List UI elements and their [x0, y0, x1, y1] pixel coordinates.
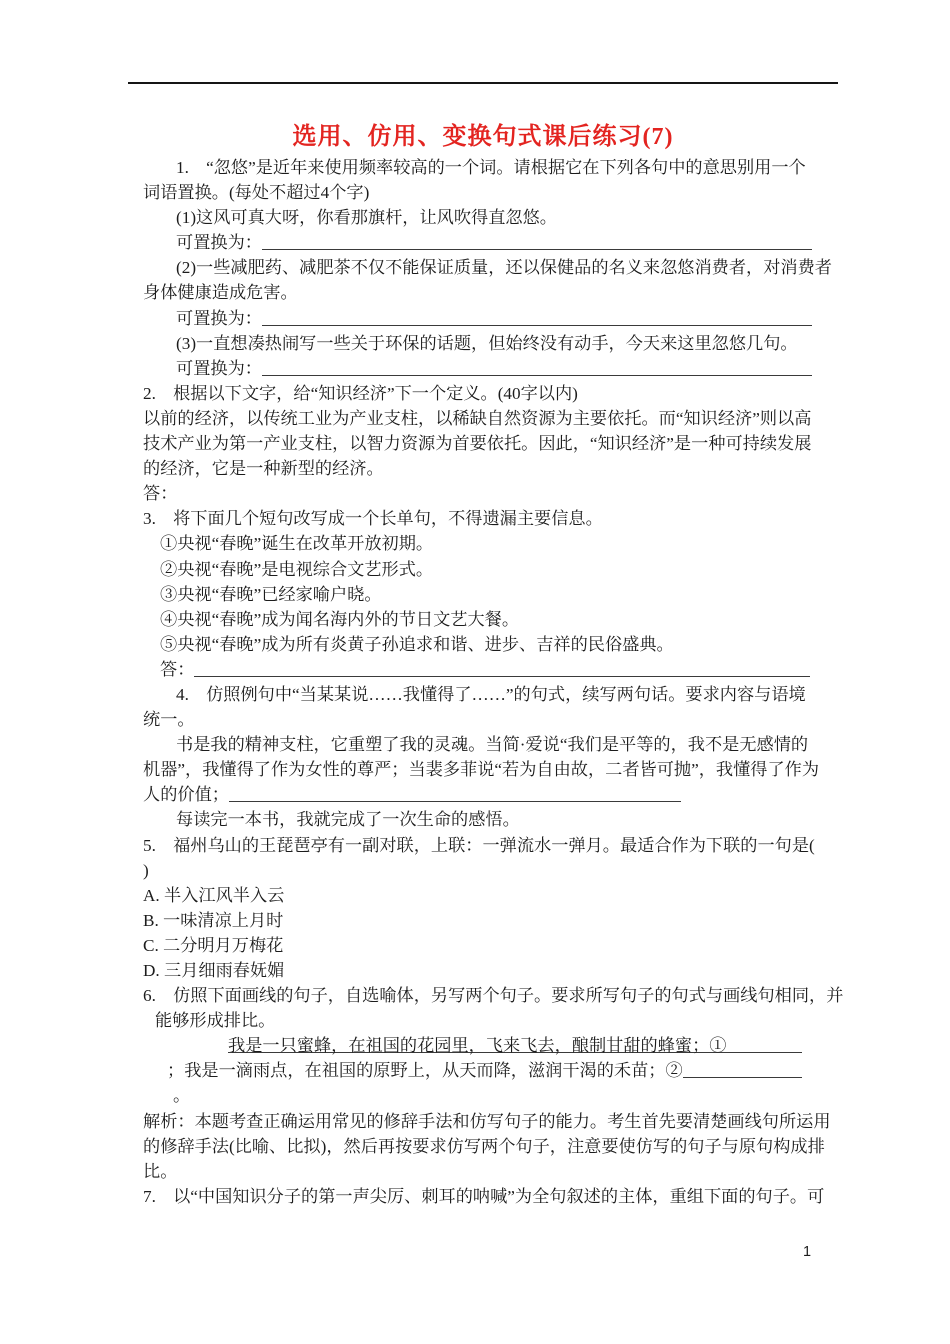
q4-fill-lead: 人的价值；: [143, 782, 229, 807]
q5-option-d: D. 三月细雨春妩媚: [143, 958, 840, 983]
answer-blank: [726, 1052, 802, 1053]
answer-blank: [262, 325, 812, 326]
q4-fill-line: 人的价值；: [143, 782, 840, 807]
q6-closing-period: 。: [143, 1083, 840, 1108]
q1-fill-line-2: 可置换为：: [143, 306, 812, 331]
q5-stem-line-1: 5. 福州乌山的王琵琶亭有一副对联，上联：一弹流水一弹月。最适合作为下联的一句是…: [143, 833, 840, 858]
q2-answer-label: 答：: [143, 481, 840, 506]
answer-blank: [683, 1077, 802, 1078]
q4-stem-line-1: 4. 仿照例句中“当某某说……我懂得了……”的句式，续写两句话。要求内容与语境: [143, 682, 840, 707]
answer-blank: [262, 249, 812, 250]
q1-stem-line-2: 词语置换。(每处不超过4个字): [143, 180, 840, 205]
fill-label: 可置换为：: [176, 306, 262, 331]
analysis-line-1: 解析：本题考查正确运用常见的修辞手法和仿写句子的能力。考生首先要清楚画线句所运用: [143, 1109, 840, 1134]
q1-item-3: (3)一直想凑热闹写一些关于环保的话题，但始终没有动手，今天来这里忽悠几句。: [143, 331, 840, 356]
q1-fill-line-3: 可置换为：: [143, 356, 812, 381]
q2-passage-line-2: 技术产业为第一产业支柱，以智力资源为首要依托。因此，“知识经济”是一种可持续发展: [143, 431, 840, 456]
q4-example-line-2: 机器”，我懂得了作为女性的尊严；当裴多菲说“若为自由故，二者皆可抛”，我懂得了作…: [143, 757, 840, 782]
answer-label: 答：: [160, 657, 194, 682]
q1-stem-line-1: 1. “忽悠”是近年来使用频率较高的一个词。请根据它在下列各句中的意思别用一个: [143, 155, 840, 180]
q2-passage-line-1: 以前的经济，以传统工业为产业支柱，以稀缺自然资源为主要依托。而“知识经济”则以高: [143, 406, 840, 431]
fill-label: 可置换为：: [176, 356, 262, 381]
page-title: 选用、仿用、变换句式课后练习(7): [128, 116, 838, 151]
worksheet-body: 1. “忽悠”是近年来使用频率较高的一个词。请根据它在下列各句中的意思别用一个 …: [143, 155, 840, 1209]
q6-stem-line-1: 6. 仿照下面画线的句子，自选喻体，另写两个句子。要求所写句子的句式与画线句相同…: [143, 983, 840, 1008]
q6-model-text: 我是一只蜜蜂，在祖国的花园里，飞来飞去，酿制甘甜的蜂蜜；①: [228, 1033, 726, 1058]
q2-stem: 2. 根据以下文字，给“知识经济”下一个定义。(40字以内): [143, 381, 840, 406]
q4-example-line-1: 书是我的精神支柱，它重塑了我的灵魂。当简·爱说“我们是平等的，我不是无感情的: [143, 732, 840, 757]
answer-blank: [194, 676, 810, 677]
q3-item-5: ⑤央视“春晚”成为所有炎黄子孙追求和谐、进步、吉祥的民俗盛典。: [143, 632, 840, 657]
analysis-line-2: 的修辞手法(比喻、比拟)，然后再按要求仿写两个句子，注意要使仿写的句子与原句构成…: [143, 1134, 840, 1159]
page-number: 1: [797, 1244, 817, 1260]
q6-second-text: ；我是一滴雨点，在祖国的原野上，从天而降，滋润干渴的禾苗；②: [167, 1058, 683, 1083]
q3-item-2: ②央视“春晚”是电视综合文艺形式。: [143, 557, 840, 582]
q5-option-a: A. 半入江风半入云: [143, 883, 840, 908]
q6-second-sentence: ；我是一滴雨点，在祖国的原野上，从天而降，滋润干渴的禾苗；②: [143, 1058, 802, 1083]
q4-stem-line-2: 统一。: [143, 707, 840, 732]
q2-passage-line-3: 的经济，它是一种新型的经济。: [143, 456, 840, 481]
q3-answer-line: 答：: [143, 657, 810, 682]
analysis-line-3: 比。: [143, 1159, 840, 1184]
q1-fill-line-1: 可置换为：: [143, 230, 812, 255]
header-rule: [128, 82, 838, 84]
q5-option-c: C. 二分明月万梅花: [143, 933, 840, 958]
q1-item-2-line-1: (2)一些减肥药、减肥茶不仅不能保证质量，还以保健品的名义来忽悠消费者，对消费者: [143, 255, 840, 280]
q1-item-2-line-2: 身体健康造成危害。: [143, 280, 840, 305]
q1-item-1: (1)这风可真大呀，你看那旗杆，让风吹得直忽悠。: [143, 205, 840, 230]
q3-item-4: ④央视“春晚”成为闻名海内外的节日文艺大餐。: [143, 607, 840, 632]
q3-stem: 3. 将下面几个短句改写成一个长单句，不得遗漏主要信息。: [143, 506, 840, 531]
q6-stem-line-2: 能够形成排比。: [143, 1008, 840, 1033]
q3-item-1: ①央视“春晚”诞生在改革开放初期。: [143, 531, 840, 556]
q5-stem-line-2: ): [143, 858, 840, 883]
q4-example-line-3: 每读完一本书，我就完成了一次生命的感悟。: [143, 807, 840, 832]
q3-item-3: ③央视“春晚”已经家喻户晓。: [143, 582, 840, 607]
fill-label: 可置换为：: [176, 230, 262, 255]
q6-underlined-sentence: 我是一只蜜蜂，在祖国的花园里，飞来飞去，酿制甘甜的蜂蜜；①: [143, 1033, 802, 1058]
answer-blank: [262, 375, 812, 376]
answer-blank: [229, 801, 681, 802]
q5-option-b: B. 一味清凉上月时: [143, 908, 840, 933]
q7-stem-line-1: 7. 以“中国知识分子的第一声尖厉、刺耳的呐喊”为全句叙述的主体，重组下面的句子…: [143, 1184, 840, 1209]
